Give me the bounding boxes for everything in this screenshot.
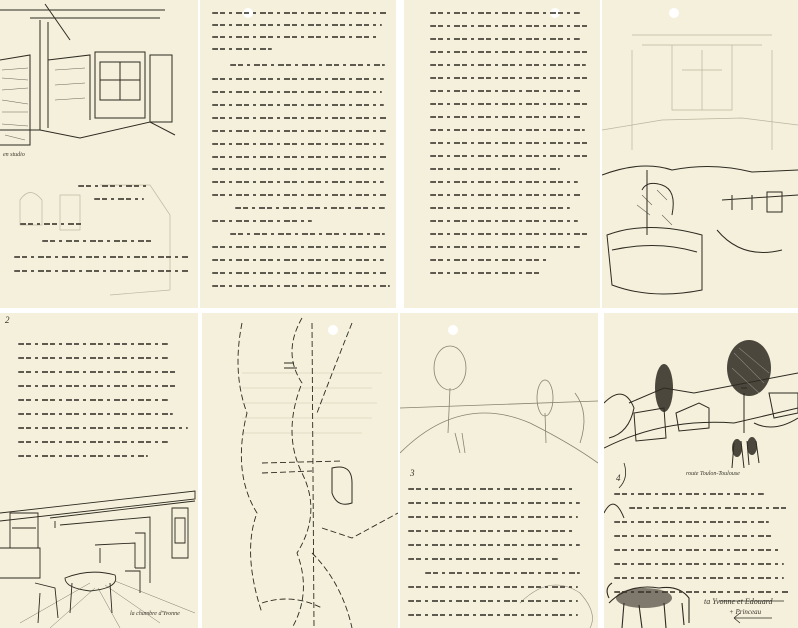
trees-landscape-sketch <box>400 313 598 628</box>
letter-page-top-3 <box>404 0 600 308</box>
page-number: 4 <box>616 473 621 483</box>
signature: ta Yvonne et Edouard <box>704 597 773 606</box>
postscript: + Princeau <box>729 608 761 616</box>
letter-page-bottom-3: 3 <box>400 313 598 628</box>
path-sketch <box>202 313 398 628</box>
handwritten-line <box>20 223 85 225</box>
sketch-caption: la chambre d'Yvonne <box>130 611 180 617</box>
letter-page-top-2 <box>200 0 396 308</box>
room-interior-sketch <box>0 313 198 628</box>
letter-page-bottom-2 <box>202 313 398 628</box>
handwritten-line <box>14 270 189 272</box>
handwritten-line <box>42 240 152 242</box>
sketch-caption: en studio <box>3 152 25 158</box>
handwritten-line <box>78 185 148 187</box>
letter-page-bottom-4: route Toulon-Toulouse 4 ta Yvonne et Edo… <box>604 313 798 628</box>
handwritten-line <box>94 198 144 200</box>
letter-page-top-4 <box>602 0 798 308</box>
interior-sketch <box>0 0 198 308</box>
letter-page-bottom-1: 2 la chambre d'Yvonne <box>0 313 198 628</box>
fountain-sketch <box>602 0 798 308</box>
sketch-caption: route Toulon-Toulouse <box>686 471 740 477</box>
handwritten-line <box>14 256 189 258</box>
page-number: 3 <box>410 468 415 478</box>
letter-page-top-1: en studio <box>0 0 198 308</box>
